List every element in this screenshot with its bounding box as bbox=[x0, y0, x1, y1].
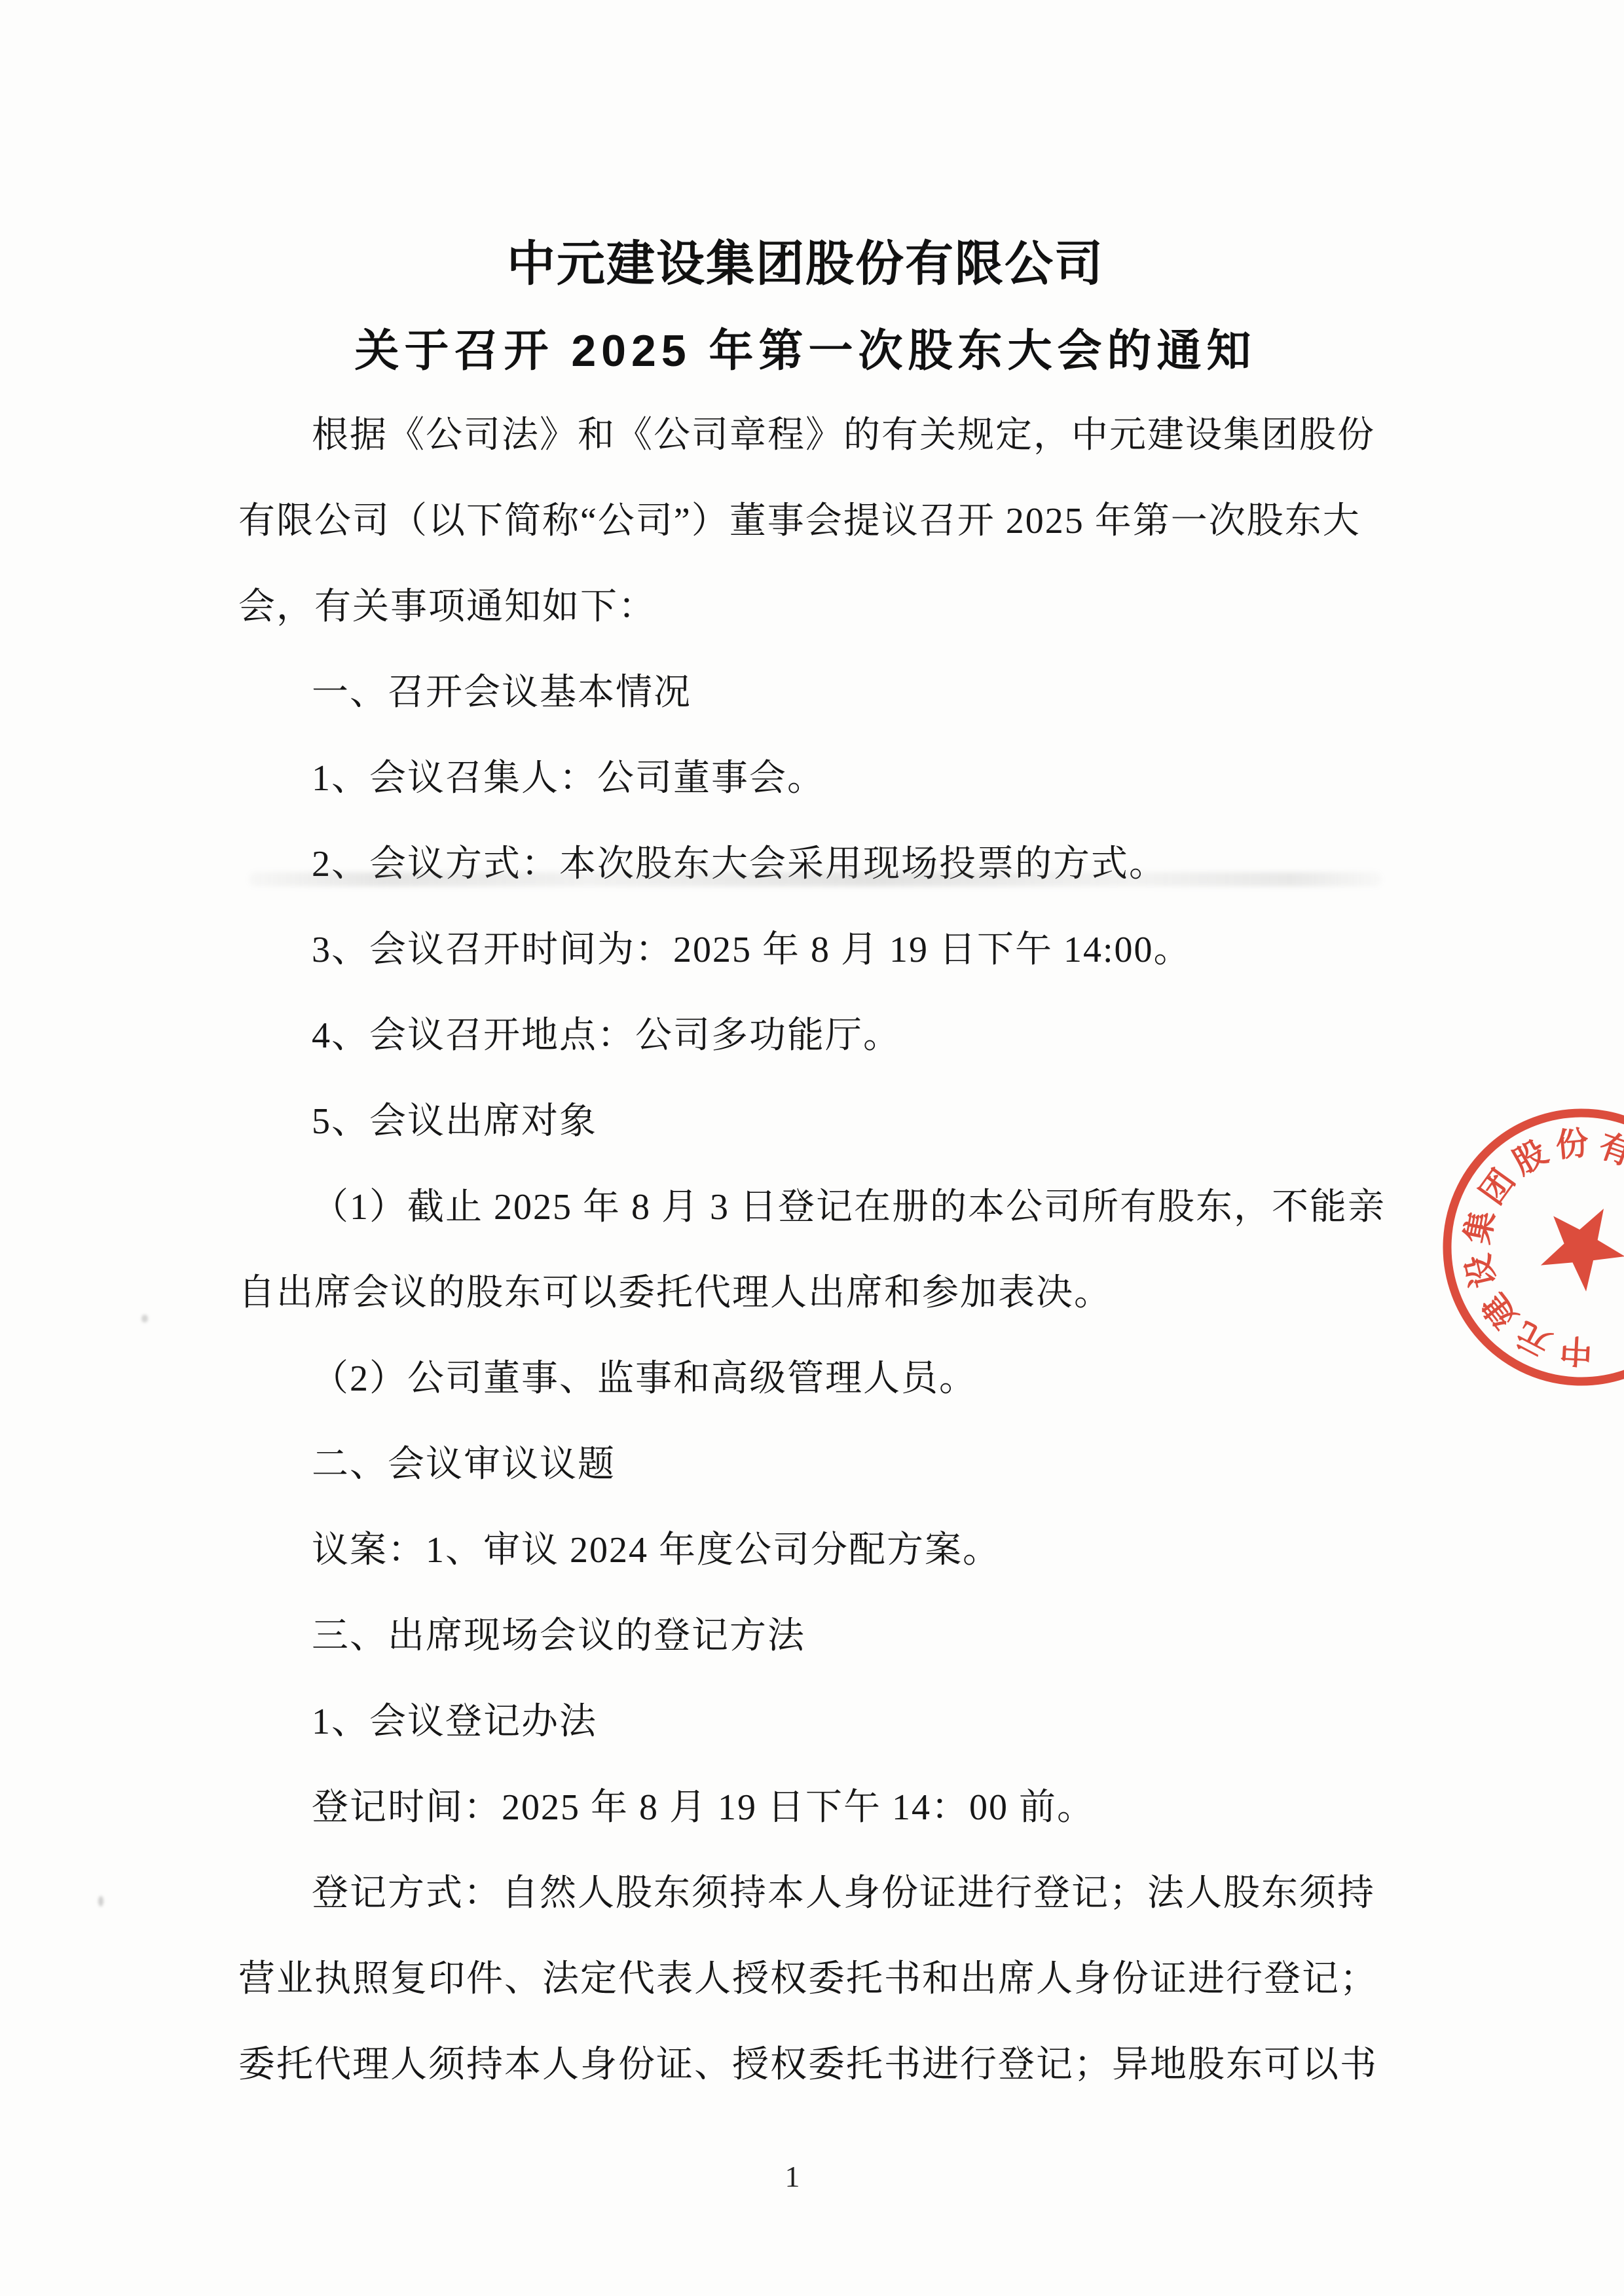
seal-star bbox=[1522, 1188, 1624, 1302]
seal-char: 集 bbox=[1459, 1207, 1502, 1247]
body-line: 会，有关事项通知如下： bbox=[238, 564, 1391, 650]
seal-char: 股 bbox=[1507, 1133, 1553, 1181]
body-line: 登记方式：自然人股东须持本人身份证进行登记；法人股东须持 bbox=[238, 1851, 1391, 1937]
seal-char: 有 bbox=[1595, 1127, 1624, 1172]
body-line: 二、会议审议议题 bbox=[238, 1422, 1391, 1508]
seal-char: 建 bbox=[1475, 1286, 1524, 1335]
seal-char: 团 bbox=[1473, 1163, 1522, 1211]
body-line: 根据《公司法》和《公司章程》的有关规定，中元建设集团股份 bbox=[238, 393, 1391, 479]
body-line: 一、召开会议基本情况 bbox=[238, 650, 1391, 736]
body-line: 登记时间：2025 年 8 月 19 日下午 14：00 前。 bbox=[238, 1765, 1391, 1851]
body-line: 3、会议召开时间为：2025 年 8 月 19 日下午 14:00。 bbox=[238, 907, 1391, 993]
company-seal-graphic: 中元建设集团股份有限公司 bbox=[1378, 1044, 1624, 1450]
doc-title-line2: 关于召开 2025 年第一次股东大会的通知 bbox=[20, 316, 1591, 379]
seal-char: 中 bbox=[1559, 1332, 1593, 1370]
company-seal: 中元建设集团股份有限公司 bbox=[1378, 1044, 1624, 1450]
seal-ring bbox=[1392, 1057, 1624, 1436]
seal-char: 份 bbox=[1554, 1125, 1590, 1164]
body-line: 4、会议召开地点：公司多功能厅。 bbox=[238, 993, 1391, 1079]
body-line: 营业执照复印件、法定代表人授权委托书和出席人身份证进行登记； bbox=[238, 1937, 1391, 2022]
body-line: 自出席会议的股东可以委托代理人出席和参加表决。 bbox=[238, 1250, 1391, 1336]
doc-title-line1: 中元建设集团股份有限公司 bbox=[20, 225, 1591, 295]
scan-artifact-speck bbox=[141, 1315, 148, 1322]
scan-artifact-speck bbox=[98, 1896, 103, 1906]
document-body: 根据《公司法》和《公司章程》的有关规定，中元建设集团股份有限公司（以下简称“公司… bbox=[238, 393, 1391, 2108]
body-line: （1）截止 2025 年 8 月 3 日登记在册的本公司所有股东，不能亲 bbox=[238, 1165, 1391, 1250]
seal-text: 中元建设集团股份有限公司 bbox=[1409, 1074, 1624, 1402]
seal-char: 元 bbox=[1511, 1315, 1557, 1363]
body-line: 5、会议出席对象 bbox=[238, 1079, 1391, 1165]
document-page: 中元建设集团股份有限公司 关于召开 2025 年第一次股东大会的通知 根据《公司… bbox=[0, 0, 1624, 2296]
seal-char: 设 bbox=[1459, 1251, 1502, 1292]
body-line: 2、会议方式：本次股东大会采用现场投票的方式。 bbox=[238, 822, 1391, 907]
body-line: 三、出席现场会议的登记方法 bbox=[238, 1594, 1391, 1679]
body-line: 1、会议召集人：公司董事会。 bbox=[238, 736, 1391, 822]
page-number: 1 bbox=[20, 2159, 1565, 2194]
body-line: 1、会议登记办法 bbox=[238, 1679, 1391, 1765]
body-line: （2）公司董事、监事和高级管理人员。 bbox=[238, 1336, 1391, 1422]
body-line: 委托代理人须持本人身份证、授权委托书进行登记；异地股东可以书 bbox=[238, 2022, 1391, 2108]
body-line: 有限公司（以下简称“公司”）董事会提议召开 2025 年第一次股东大 bbox=[238, 479, 1391, 564]
body-line: 议案：1、审议 2024 年度公司分配方案。 bbox=[238, 1508, 1391, 1594]
